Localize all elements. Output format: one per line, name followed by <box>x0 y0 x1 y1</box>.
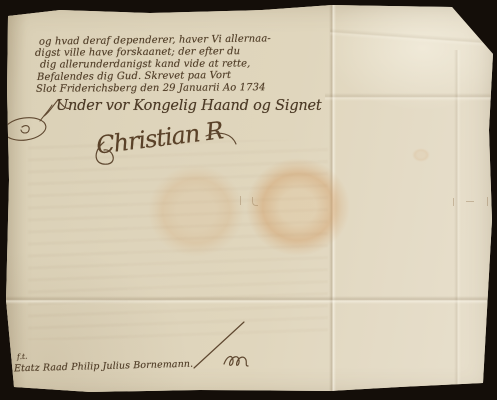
fold-tick-mark <box>240 196 241 205</box>
photo-background: og hvad deraf dependerer, haver Vi aller… <box>0 0 497 400</box>
fold-tick-mark <box>466 201 474 202</box>
address-prefix: f.t. <box>17 352 28 362</box>
handwriting-line: Befalendes dig Gud. Skrevet paa Vort <box>37 70 231 83</box>
signature-flourish <box>88 122 238 168</box>
paper-sheet: og hvad deraf dependerer, haver Vi aller… <box>0 0 497 400</box>
handwriting-line: digst ville have forskaanet; der efter d… <box>35 46 240 59</box>
fold-crease-horizontal-upper-right <box>325 93 497 101</box>
fold-tick-mark <box>453 198 454 206</box>
address-line: Etatz Raad Philip Julius Bornemann. <box>14 359 193 375</box>
handwriting-line: Slot Friderichsberg den 29 Januarii Ao 1… <box>36 82 266 95</box>
fold-tick-mark <box>487 197 488 206</box>
countersignature-flourish <box>190 318 266 372</box>
seal-stain <box>246 158 350 256</box>
faint-stain <box>148 165 244 257</box>
small-spot <box>412 148 430 162</box>
royal-cypher-mark <box>0 103 52 147</box>
handwriting-line: dig allerunderdanigst kand vide at rette… <box>40 58 250 70</box>
fold-tick-mark <box>252 197 258 206</box>
fold-crease-vertical-right <box>454 50 461 400</box>
fold-crease-vertical-center <box>329 0 336 400</box>
verso-bleed-through <box>28 140 328 340</box>
closing-formula: Under vor Kongelig Haand og Signet <box>56 98 322 114</box>
fold-crease-diagonal-top-right <box>330 28 495 47</box>
fold-crease-horizontal-lower <box>0 296 497 304</box>
